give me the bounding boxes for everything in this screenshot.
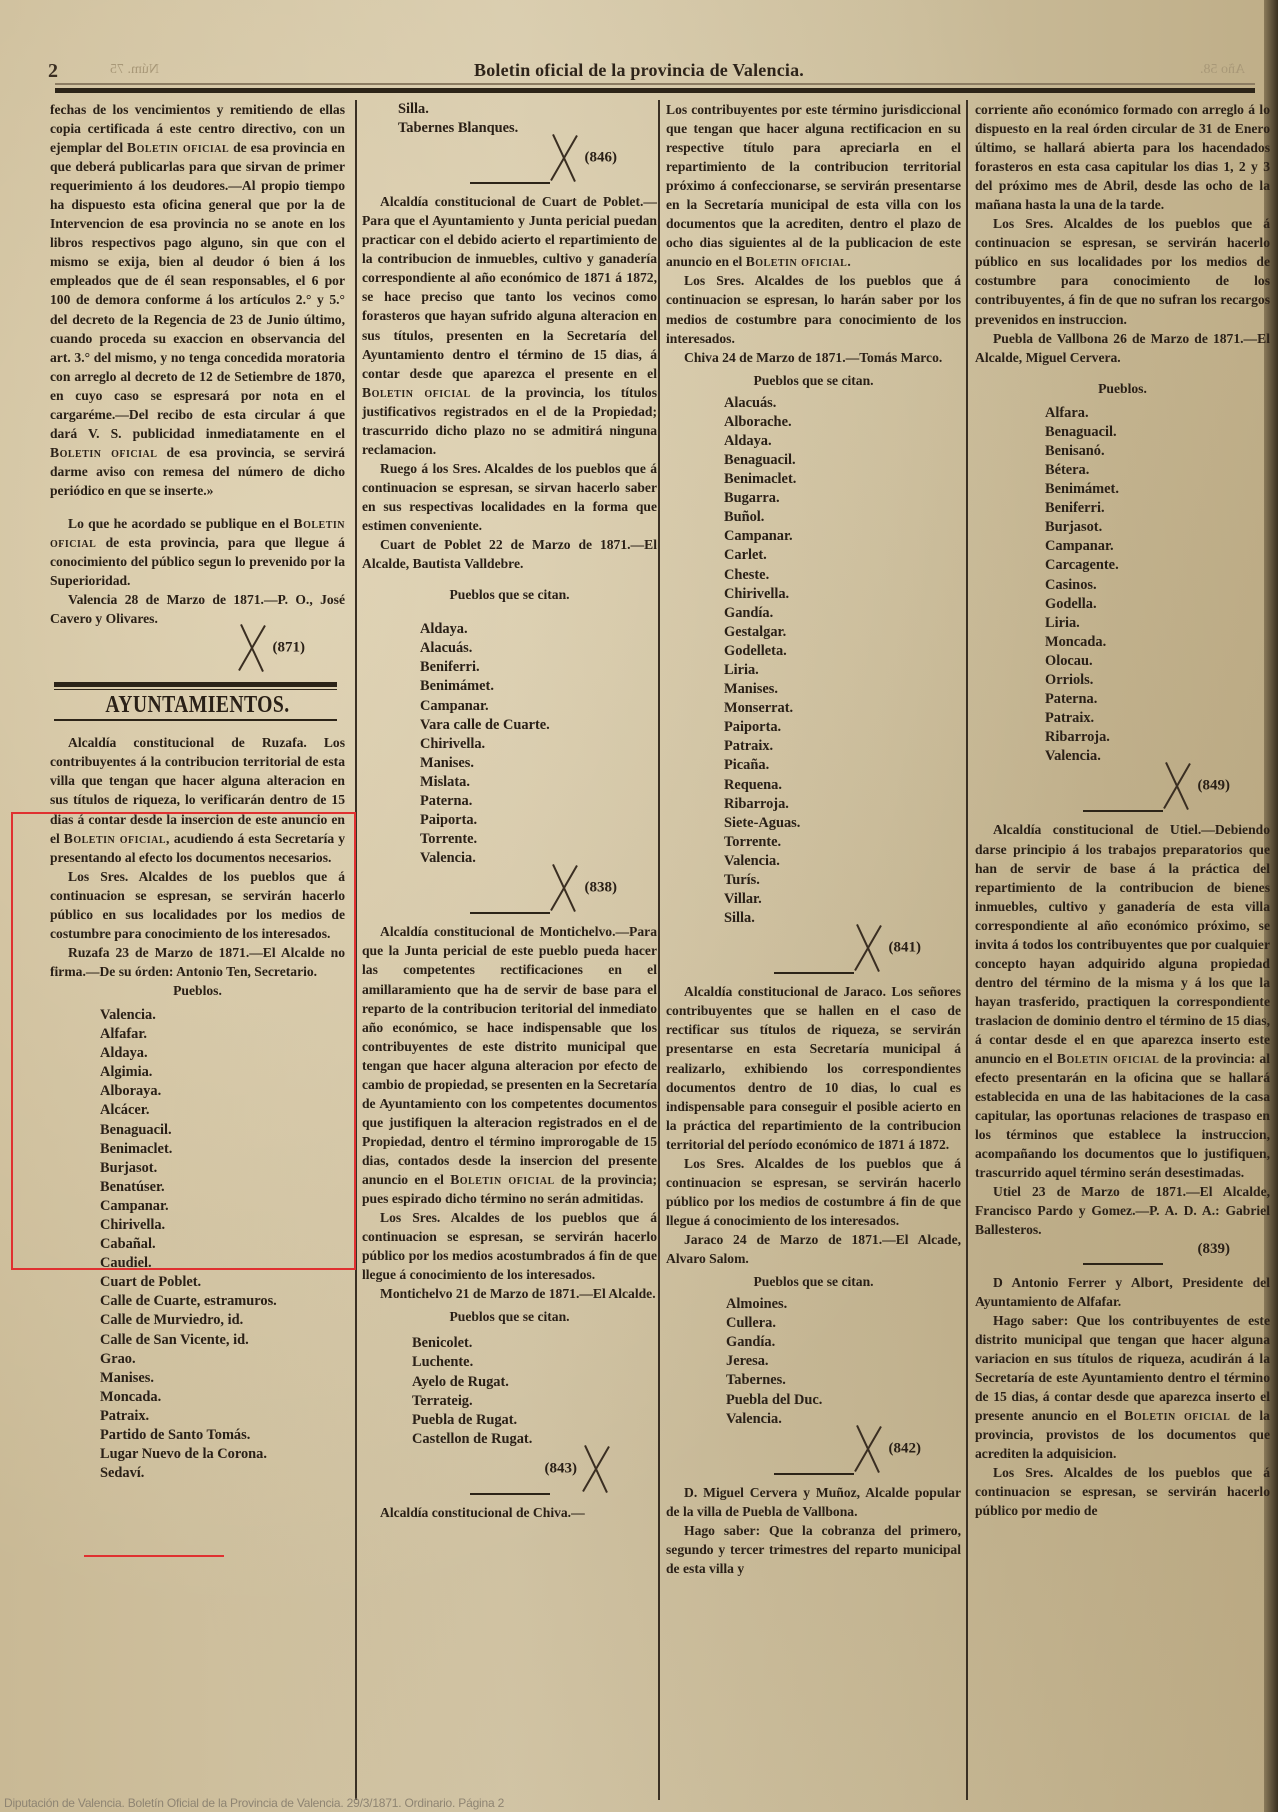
list-item: Benisanó.	[1045, 442, 1270, 461]
list-item: Chirivella.	[724, 585, 961, 604]
chiva-notice: Los contribuyentes por este término juri…	[666, 100, 961, 271]
list-item: Aldaya.	[100, 1044, 345, 1063]
pueblos-heading: Pueblos que se citan.	[666, 371, 961, 390]
separator-rule	[774, 972, 854, 974]
boletin-oficial-ref: Boletin oficial	[1057, 1051, 1159, 1066]
list-item: Terrateig.	[412, 1392, 657, 1411]
alfafar-alcaldes-notice: Los Sres. Alcaldes de los pueblos que á …	[975, 1463, 1270, 1520]
ref-text: (842)	[889, 1440, 922, 1456]
reference-number: (839)	[975, 1240, 1270, 1259]
highlight-underline	[84, 1555, 224, 1557]
text: de esa provincia en que deberá publicarl…	[50, 140, 345, 441]
list-item: Calle de San Vicente, id.	[100, 1331, 345, 1350]
list-item: Silla.	[724, 909, 961, 928]
list-item: Mislata.	[420, 773, 657, 792]
boletin-oficial-ref: Boletin oficial	[50, 445, 157, 460]
section-rule	[54, 682, 337, 687]
column-divider	[355, 100, 357, 1800]
list-item: Patraix.	[100, 1407, 345, 1426]
reference-number: (842)	[666, 1429, 961, 1469]
list-item: Buñol.	[724, 508, 961, 527]
list-item: Turís.	[724, 871, 961, 890]
list-item: Gestalgar.	[724, 623, 961, 642]
boletin-oficial-ref: Boletin oficial,	[64, 831, 170, 846]
list-item: Casinos.	[1045, 576, 1270, 595]
jaraco-alcaldes-notice: Los Sres. Alcaldes de los pueblos que á …	[666, 1154, 961, 1230]
list-item: Godelleta.	[724, 642, 961, 661]
vallbona-notice-cont: corriente año económico formado con arre…	[975, 100, 1270, 214]
reference-number: (838)	[362, 868, 657, 908]
alfafar-heading: D Antonio Ferrer y Albort, Presidente de…	[975, 1273, 1270, 1311]
jaraco-signature: Jaraco 24 de Marzo de 1871.—El Alcade, A…	[666, 1230, 961, 1268]
list-item: Benaguacil.	[1045, 423, 1270, 442]
pueblos-heading: Pueblos que se citan.	[666, 1272, 961, 1291]
cuart-notice: Alcaldía constitucional de Cuart de Pobl…	[362, 192, 657, 459]
cuart-pueblos-list: Aldaya. Alacuás. Beniferri. Benimámet. C…	[362, 620, 657, 868]
separator-rule	[774, 1473, 854, 1475]
list-item: Paiporta.	[420, 811, 657, 830]
list-item: Puebla de Rugat.	[412, 1411, 657, 1430]
separator-rule	[1083, 810, 1163, 812]
list-item: Sedaví.	[100, 1464, 345, 1483]
list-item: Campanar.	[100, 1197, 345, 1216]
list-item: Jeresa.	[726, 1352, 961, 1371]
text: Alcaldía constitucional de Montichelvo.—…	[362, 924, 657, 1187]
montichelvo-notice: Alcaldía constitucional de Montichelvo.—…	[362, 922, 657, 1208]
list-item: Benaguacil.	[724, 451, 961, 470]
column-1: fechas de los vencimientos y remitiendo …	[50, 100, 345, 1483]
list-item: Valencia.	[420, 849, 657, 868]
ruzafa-alcaldes-notice: Los Sres. Alcaldes de los pueblos que á …	[50, 867, 345, 943]
list-item: Puebla del Duc.	[726, 1391, 961, 1410]
list-item: Liria.	[1045, 614, 1270, 633]
list-item: Godella.	[1045, 595, 1270, 614]
list-item: Villar.	[724, 890, 961, 909]
header-rule-thick	[55, 88, 1255, 93]
list-item: Manises.	[100, 1369, 345, 1388]
reference-number: (846)	[362, 138, 657, 178]
list-item: Alfara.	[1045, 404, 1270, 423]
list-item: Partido de Santo Tomás.	[100, 1426, 345, 1445]
publication-notice: Lo que he acordado se publique en el Bol…	[50, 514, 345, 590]
boletin-oficial-ref: Boletin oficial	[127, 140, 229, 155]
list-item: Calle de Cuarte, estramuros.	[100, 1292, 345, 1311]
reference-number: (841)	[666, 928, 961, 968]
list-item: Alfafar.	[100, 1025, 345, 1044]
cross-mark-icon	[849, 928, 889, 968]
list-item: Valencia.	[724, 852, 961, 871]
column-divider	[966, 100, 968, 1800]
boletin-oficial-ref: Boletin oficial.	[746, 254, 852, 269]
signature: Valencia 28 de Marzo de 1871.—P. O., Jos…	[50, 590, 345, 628]
list-item: Benatúser.	[100, 1178, 345, 1197]
list-item: Valencia.	[1045, 747, 1270, 766]
masthead-title: Boletin oficial de la provincia de Valen…	[0, 60, 1278, 81]
list-item: Manises.	[724, 680, 961, 699]
ref-text: (839)	[1198, 1241, 1231, 1257]
list-item: Chirivella.	[100, 1216, 345, 1235]
list-item: Siete-Aguas.	[724, 814, 961, 833]
utiel-notice: Alcaldía constitucional de Utiel.—Debien…	[975, 820, 1270, 1182]
list-item: Tabernes.	[726, 1371, 961, 1390]
section-title: AYUNTAMIENTOS.	[77, 696, 319, 715]
cross-mark-icon	[577, 1449, 617, 1489]
list-item: Liria.	[724, 661, 961, 680]
reference-number: (849)	[975, 766, 1270, 806]
reference-number: (843)	[362, 1449, 657, 1489]
pueblos-heading: Pueblos que se citan.	[362, 1307, 657, 1326]
list-item: Picaña.	[724, 756, 961, 775]
vallbona-heading: D. Miguel Cervera y Muñoz, Alcalde popul…	[666, 1483, 961, 1521]
list-item: Carcagente.	[1045, 556, 1270, 575]
list-item: Campanar.	[724, 527, 961, 546]
archive-footer: Diputación de Valencia. Boletín Oficial …	[4, 1796, 504, 1810]
section-rule	[54, 719, 337, 721]
list-item: Grao.	[100, 1350, 345, 1369]
pueblos-heading: Pueblos.	[975, 379, 1270, 398]
reference-number: (871)	[50, 628, 345, 668]
list-item: Patraix.	[1045, 709, 1270, 728]
list-item: Torrente.	[420, 830, 657, 849]
list-item: Orriols.	[1045, 671, 1270, 690]
list-item: Valencia.	[726, 1410, 961, 1429]
list-item: Aldaya.	[420, 620, 657, 639]
list-item: Burjasot.	[1045, 518, 1270, 537]
circular-text: fechas de los vencimientos y remitiendo …	[50, 100, 345, 500]
text: Alcaldía constitucional de Cuart de Pobl…	[362, 194, 657, 380]
list-item: Beniferri.	[1045, 499, 1270, 518]
column-divider	[658, 100, 660, 1800]
list-item: Campanar.	[420, 697, 657, 716]
header-rule-thin	[55, 83, 1255, 85]
vallbona-signature: Puebla de Vallbona 26 de Marzo de 1871.—…	[975, 329, 1270, 367]
vallbona-pueblos-list: Alfara. Benaguacil. Benisanó. Bétera. Be…	[975, 404, 1270, 767]
ruzafa-pueblos-list: Valencia. Alfafar. Aldaya. Algimia. Albo…	[50, 1006, 345, 1483]
list-item-underlined: Cuart de Poblet.	[100, 1273, 345, 1292]
list-item: Tabernes Blanques.	[398, 119, 657, 138]
list-item: Alborache.	[724, 413, 961, 432]
cross-mark-icon	[545, 868, 585, 908]
list-item: Olocau.	[1045, 652, 1270, 671]
list-item: Vara calle de Cuarte.	[420, 716, 657, 735]
list-item: Benimaclet.	[724, 470, 961, 489]
list-item: Paterna.	[420, 792, 657, 811]
alfafar-notice: Hago saber: Que los contribuyentes de es…	[975, 1311, 1270, 1463]
list-item: Ribarroja.	[1045, 728, 1270, 747]
cross-mark-icon	[849, 1429, 889, 1469]
ref-text: (871)	[273, 640, 306, 656]
ruzafa-signature: Ruzafa 23 de Marzo de 1871.—El Alcalde n…	[50, 943, 345, 981]
cross-mark-icon	[233, 628, 273, 668]
pueblos-heading: Pueblos que se citan.	[362, 585, 657, 604]
chiva-alcaldes-notice: Los Sres. Alcaldes de los pueblos que á …	[666, 271, 961, 347]
chiva-heading: Alcaldía constitucional de Chiva.—	[362, 1503, 657, 1522]
list-item: Moncada.	[1045, 633, 1270, 652]
list-item: Cabañal.	[100, 1235, 345, 1254]
list-item: Alboraya.	[100, 1082, 345, 1101]
list-item: Manises.	[420, 754, 657, 773]
section-rule	[54, 689, 337, 690]
list-item: Patraix.	[724, 737, 961, 756]
list-item: Moncada.	[100, 1388, 345, 1407]
text: Los contribuyentes por este término juri…	[666, 102, 961, 269]
column-4: corriente año económico formado con arre…	[975, 100, 1270, 1520]
list-item: Requena.	[724, 776, 961, 795]
column-2: Silla. Tabernes Blanques. (846) Alcaldía…	[362, 100, 657, 1522]
separator-rule	[470, 912, 550, 914]
list-item: Caudiel.	[100, 1254, 345, 1273]
list-item: Algimia.	[100, 1063, 345, 1082]
list-item: Ayelo de Rugat.	[412, 1373, 657, 1392]
list-item: Lugar Nuevo de la Corona.	[100, 1445, 345, 1464]
boletin-oficial-ref: Boletin oficial	[450, 1172, 555, 1187]
ref-text: (841)	[889, 940, 922, 956]
ref-text: (846)	[585, 150, 618, 166]
list-item: Burjasot.	[100, 1159, 345, 1178]
list-item: Benimaclet.	[100, 1140, 345, 1159]
list-item: Paterna.	[1045, 690, 1270, 709]
separator-rule	[470, 182, 550, 184]
list-item: Ribarroja.	[724, 795, 961, 814]
list-item: Aldaya.	[724, 432, 961, 451]
list-item: Benicolet.	[412, 1334, 657, 1353]
list-item: Gandía.	[726, 1333, 961, 1352]
text: de la provincia: al efecto presentarán e…	[975, 1051, 1270, 1180]
boletin-oficial-ref: Boletin oficial	[362, 385, 471, 400]
list-item: Almoines.	[726, 1295, 961, 1314]
text: Alcaldía constitucional de Ruzafa. Los c…	[50, 735, 345, 845]
vallbona-alcaldes-notice: Los Sres. Alcaldes de los pueblos que á …	[975, 214, 1270, 328]
list-item: Bugarra.	[724, 489, 961, 508]
list-item: Alacuás.	[724, 394, 961, 413]
jaraco-pueblos-list: Almoines. Cullera. Gandía. Jeresa. Taber…	[666, 1295, 961, 1429]
list-item: Bétera.	[1045, 461, 1270, 480]
column-3: Los contribuyentes por este término juri…	[666, 100, 961, 1578]
cuart-alcaldes-notice: Ruego á los Sres. Alcaldes de los pueblo…	[362, 459, 657, 535]
ruzafa-notice: Alcaldía constitucional de Ruzafa. Los c…	[50, 733, 345, 866]
pueblos-heading: Pueblos.	[50, 981, 345, 1000]
jaraco-notice: Alcaldía constitucional de Jaraco. Los s…	[666, 982, 961, 1153]
list-item: Benimámet.	[420, 677, 657, 696]
ref-text: (849)	[1198, 778, 1231, 794]
list-item: Silla.	[398, 100, 657, 119]
list-item: Chirivella.	[420, 735, 657, 754]
cuart-signature: Cuart de Poblet 22 de Marzo de 1871.—El …	[362, 535, 657, 573]
list-item: Luchente.	[412, 1353, 657, 1372]
list-item: Campanar.	[1045, 537, 1270, 556]
list-item: Cullera.	[726, 1314, 961, 1333]
bleed-through-year: Año 58.	[1200, 62, 1245, 78]
cross-mark-icon	[1158, 766, 1198, 806]
utiel-signature: Utiel 23 de Marzo de 1871.—El Alcalde, F…	[975, 1182, 1270, 1239]
ref-text: (838)	[585, 880, 618, 896]
cross-mark-icon	[545, 138, 585, 178]
list-item: Calle de Murviedro, id.	[100, 1311, 345, 1330]
list-item: Torrente.	[724, 833, 961, 852]
list-item: Alacuás.	[420, 639, 657, 658]
montichelvo-pueblos-list: Benicolet. Luchente. Ayelo de Rugat. Ter…	[362, 1334, 657, 1449]
section-header: AYUNTAMIENTOS.	[50, 682, 345, 721]
text: Lo que he acordado se publique en el	[68, 516, 289, 531]
chiva-pueblos-list: Alacuás. Alborache. Aldaya. Benaguacil. …	[666, 394, 961, 929]
list-item: Carlet.	[724, 546, 961, 565]
list-item: Beniferri.	[420, 658, 657, 677]
text: Alcaldía constitucional de Utiel.—Debien…	[975, 822, 1270, 1066]
vallbona-notice: Hago saber: Que la cobranza del primero,…	[666, 1521, 961, 1578]
boletin-oficial-ref: Boletin oficial	[1124, 1408, 1230, 1423]
list-item: Cheste.	[724, 566, 961, 585]
montichelvo-signature: Montichelvo 21 de Marzo de 1871.—El Alca…	[362, 1284, 657, 1303]
montichelvo-alcaldes-notice: Los Sres. Alcaldes de los pueblos que á …	[362, 1208, 657, 1284]
separator-rule	[470, 1493, 550, 1495]
continued-pueblos-list: Silla. Tabernes Blanques.	[362, 100, 657, 138]
list-item: Castellon de Rugat.	[412, 1430, 657, 1449]
list-item: Alcácer.	[100, 1101, 345, 1120]
list-item: Benimámet.	[1045, 480, 1270, 499]
list-item: Monserrat.	[724, 699, 961, 718]
separator-rule	[1083, 1263, 1163, 1265]
list-item: Benaguacil.	[100, 1121, 345, 1140]
list-item: Valencia.	[100, 1006, 345, 1025]
text: Hago saber: Que los contribuyentes de es…	[975, 1313, 1270, 1423]
list-item: Paiporta.	[724, 718, 961, 737]
ref-text: (843)	[545, 1460, 578, 1476]
chiva-signature: Chiva 24 de Marzo de 1871.—Tomás Marco.	[666, 348, 961, 367]
list-item: Gandía.	[724, 604, 961, 623]
